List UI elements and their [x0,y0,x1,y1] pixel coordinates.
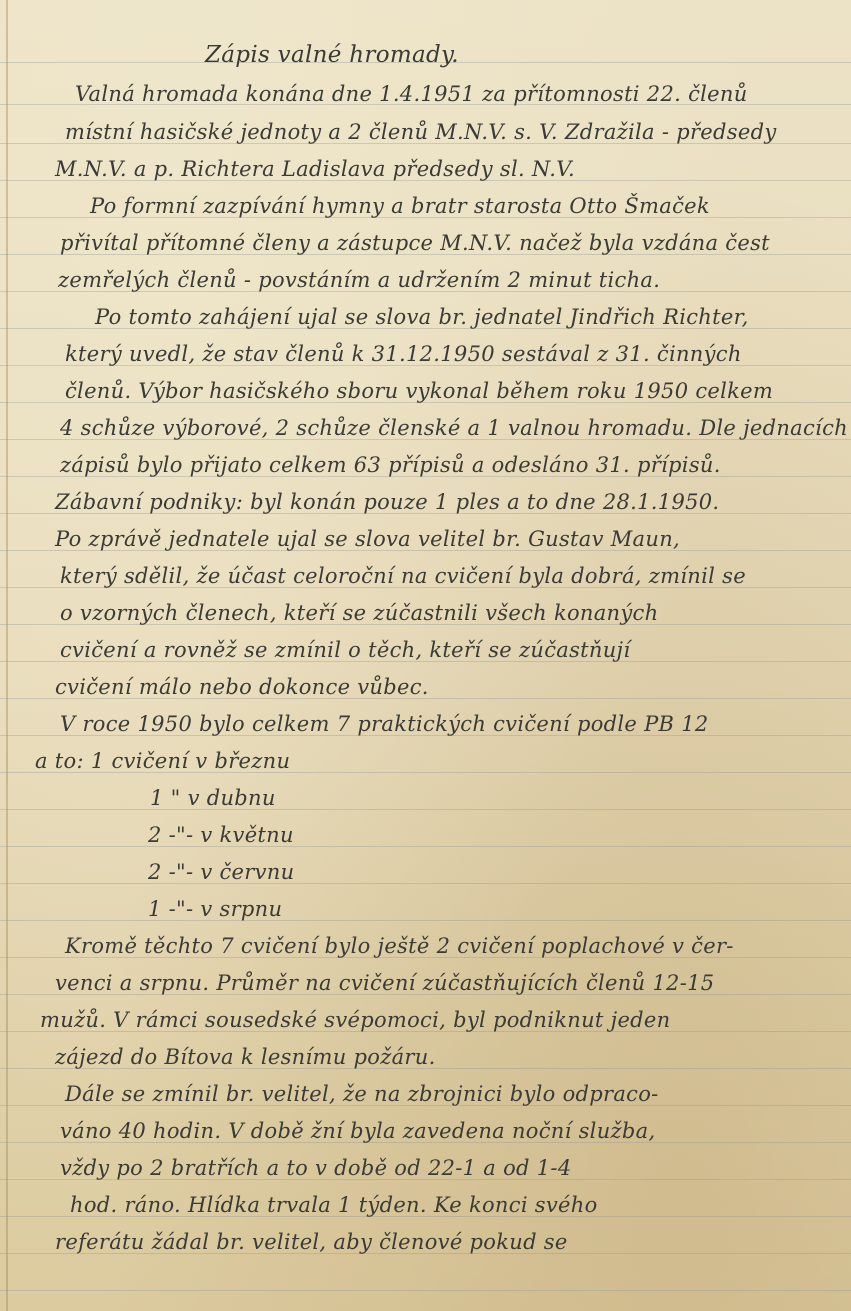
text-line: 2 -"- v červnu [148,860,294,884]
document-title: Zápis valné hromady. [205,42,459,68]
text-line: Valná hromada konána dne 1.4.1951 za pří… [75,82,748,106]
text-line: zápisů bylo přijato celkem 63 přípisů a … [60,453,721,477]
ruled-line [0,809,851,810]
text-line: zájezd do Bítova k lesnímu požáru. [55,1045,436,1069]
ruled-line [0,846,851,847]
text-line: Zábavní podniky: byl konán pouze 1 ples … [55,490,719,514]
text-line: V roce 1950 bylo celkem 7 praktických cv… [60,712,709,736]
text-line: cvičení a rovněž se zmínil o těch, kteří… [60,638,630,662]
text-line: 1 -"- v srpnu [148,897,282,921]
text-line: Po formní zazpívání hymny a bratr staros… [90,194,710,218]
text-line: a to: 1 cvičení v březnu [35,749,290,773]
text-line: členů. Výbor hasičského sboru vykonal bě… [65,379,773,403]
text-line: vždy po 2 bratřích a to v době od 22-1 a… [60,1156,571,1180]
ruled-line [0,1290,851,1291]
text-line: který sdělil, že účast celoroční na cvič… [60,564,746,588]
text-line: M.N.V. a p. Richtera Ladislava předsedy … [55,157,575,181]
text-line: váno 40 hodin. V době žní byla zavedena … [60,1119,655,1143]
text-line: o vzorných členech, kteří se zúčastnili … [60,601,658,625]
text-line: Po tomto zahájení ujal se slova br. jedn… [95,305,749,329]
text-line: Dále se zmínil br. velitel, že na zbrojn… [65,1082,659,1106]
text-line: 1 " v dubnu [150,786,276,810]
ruled-line [0,883,851,884]
ruled-line [0,920,851,921]
text-line: 2 -"- v květnu [148,823,294,847]
text-line: cvičení málo nebo dokonce vůbec. [55,675,429,699]
text-line: Po zprávě jednatele ujal se slova velite… [55,527,680,551]
text-line: místní hasičské jednoty a 2 členů M.N.V.… [65,120,776,144]
text-line: mužů. V rámci sousedské svépomoci, byl p… [40,1008,670,1032]
text-line: hod. ráno. Hlídka trvala 1 týden. Ke kon… [70,1193,598,1217]
text-line: zemřelých členů - povstáním a udržením 2… [58,268,660,292]
text-line: který uvedl, že stav členů k 31.12.1950 … [65,342,742,366]
text-line: Kromě těchto 7 cvičení bylo ještě 2 cvič… [65,934,734,958]
text-line: venci a srpnu. Průměr na cvičení zúčastň… [55,971,714,995]
text-line: 4 schůze výborové, 2 schůze členské a 1 … [60,416,848,440]
text-line: referátu žádal br. velitel, aby členové … [55,1230,568,1254]
text-line: přivítal přítomné členy a zástupce M.N.V… [60,231,770,255]
page-margin-line [6,0,8,1311]
handwritten-page: Zápis valné hromady. Valná hromada konán… [0,0,851,1311]
